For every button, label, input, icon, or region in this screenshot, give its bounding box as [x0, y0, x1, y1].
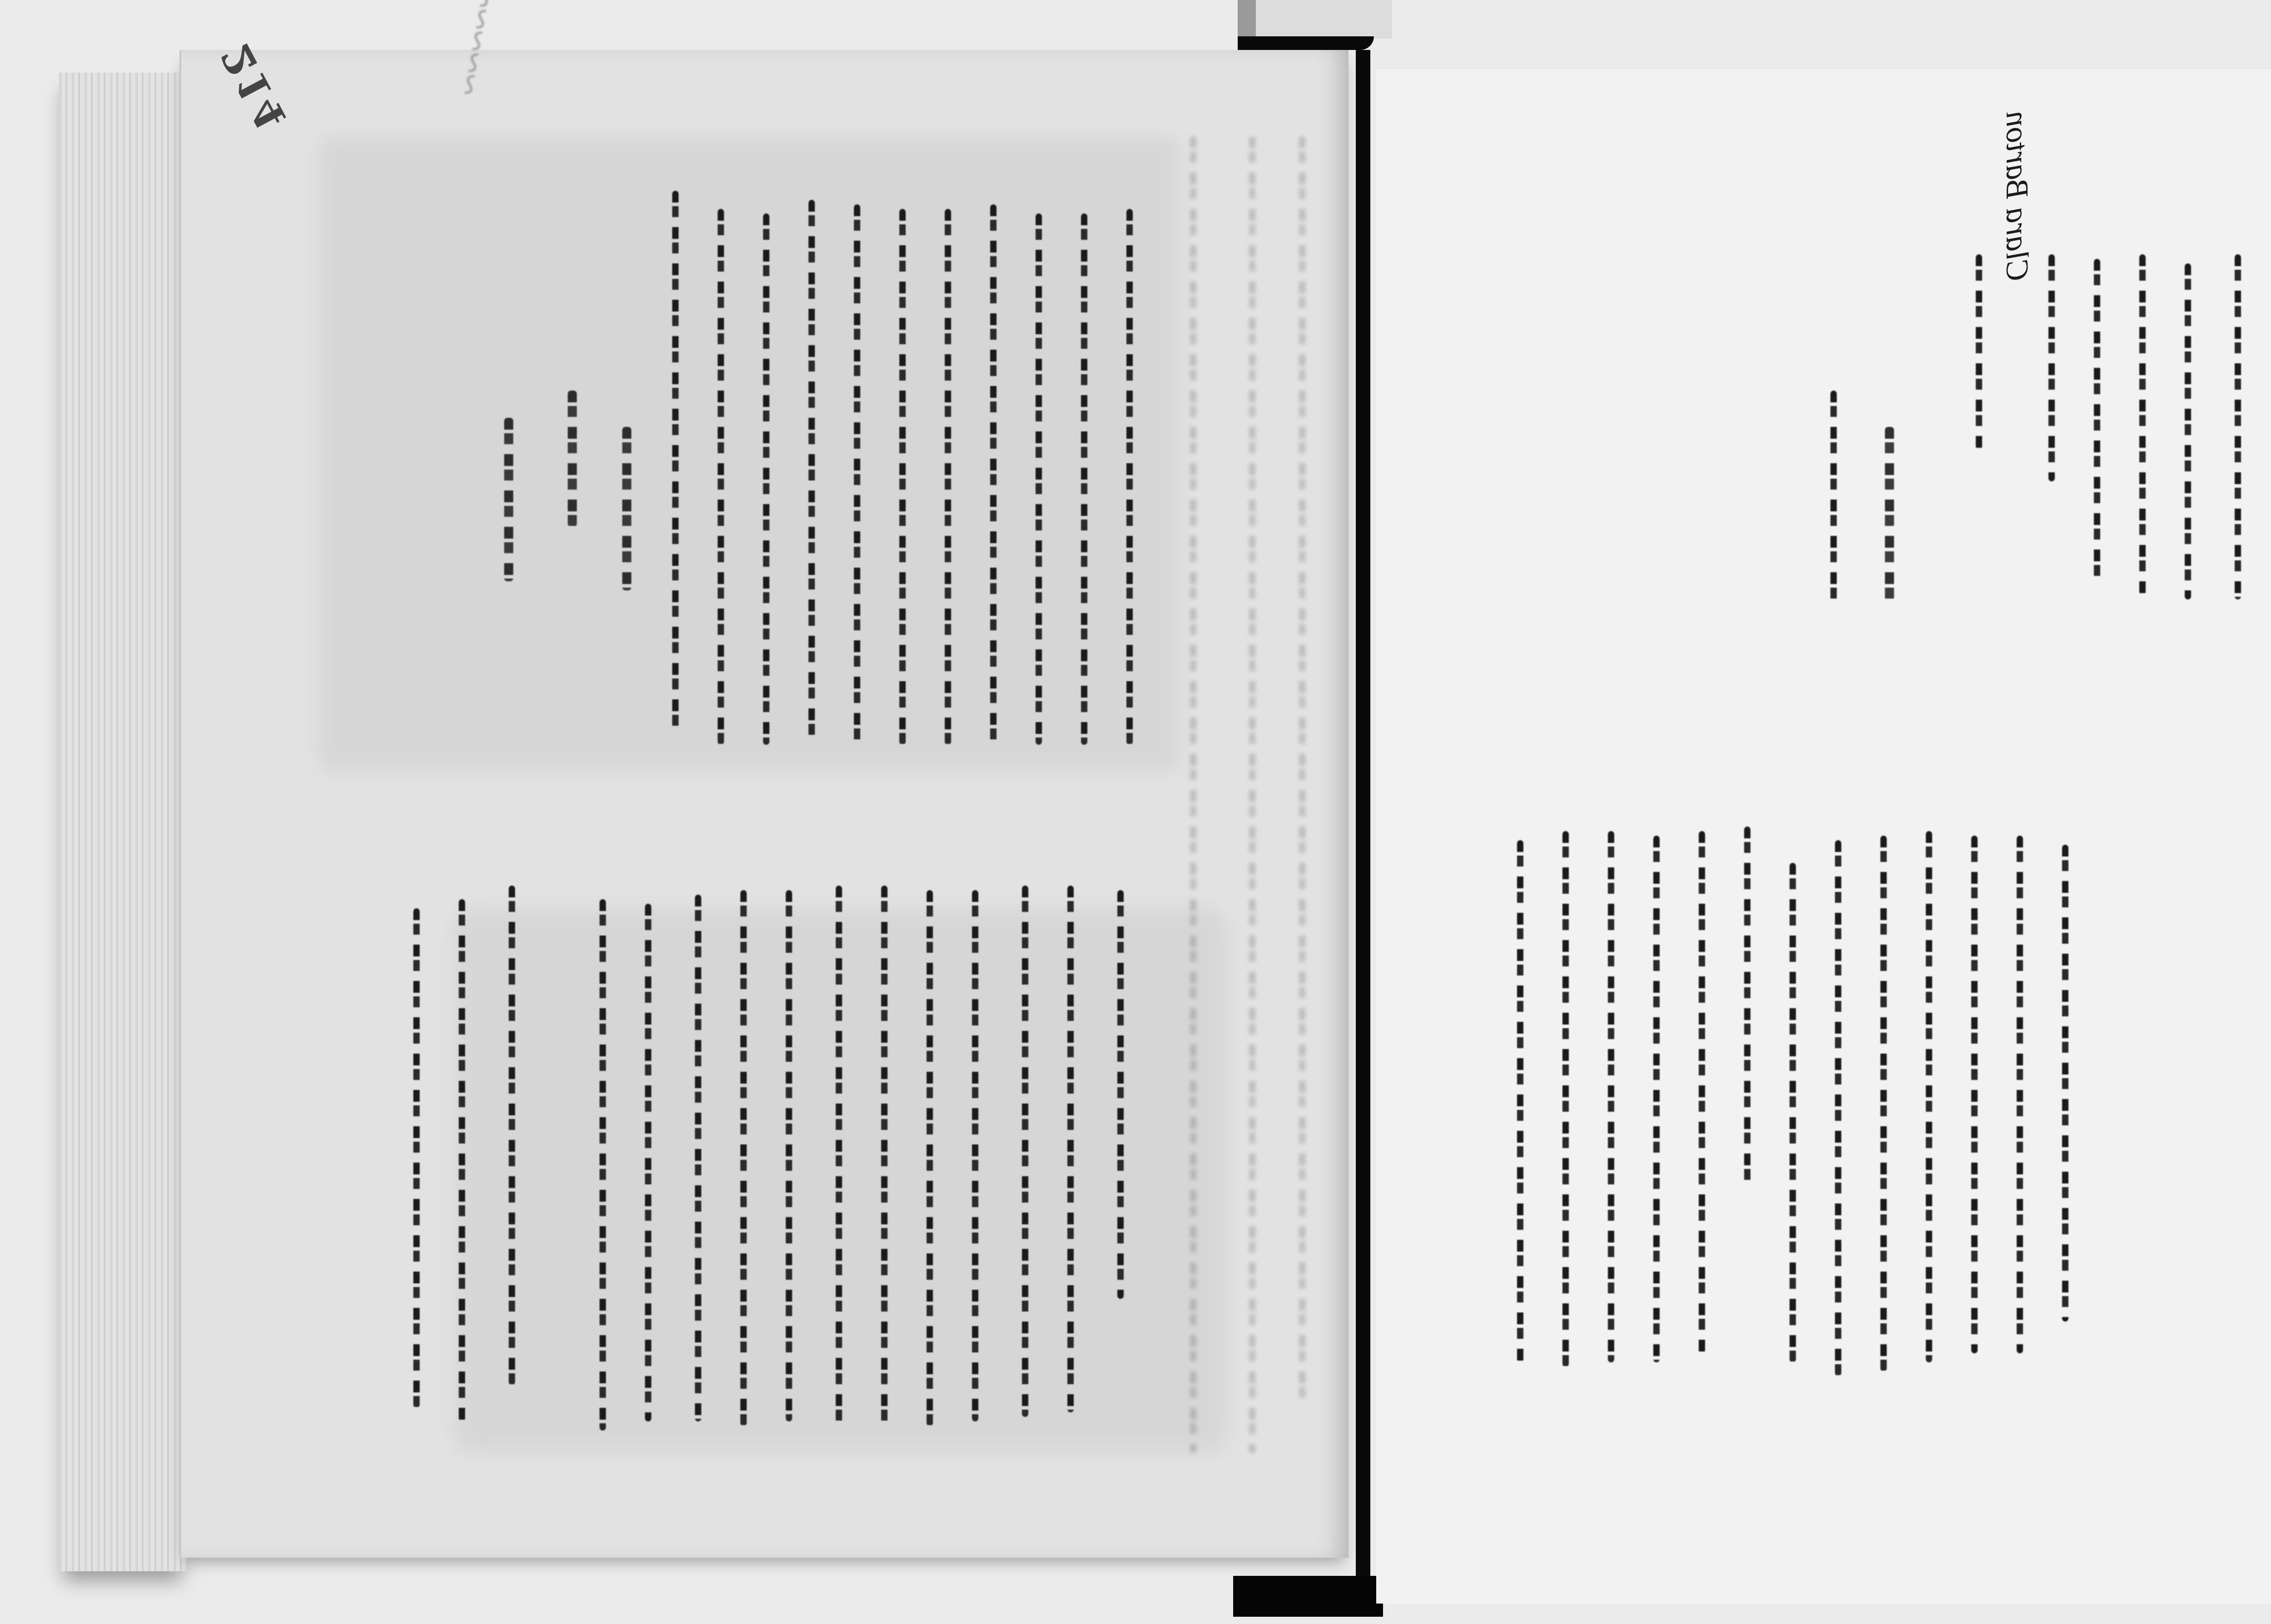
handwritten-line [881, 886, 888, 1431]
handwritten-line [672, 191, 679, 736]
handwritten-line [1790, 863, 1796, 1362]
handwritten-line [945, 209, 951, 745]
handwritten-line [2048, 254, 2055, 481]
handwritten-line [459, 899, 465, 1421]
binding-tab [1238, 0, 1392, 39]
handwritten-line [2094, 259, 2100, 586]
handwritten-line [1117, 890, 1124, 1299]
handwritten-line [1835, 840, 1841, 1376]
handwritten-line [808, 200, 815, 745]
handwritten-line [504, 418, 513, 581]
handwritten-line [2185, 263, 2191, 599]
date-line [1830, 391, 1837, 609]
handwritten-line [645, 904, 651, 1421]
handwritten-line [1653, 836, 1660, 1362]
binding-bottom [1233, 1576, 1383, 1617]
bleed-through-shadow [318, 136, 1181, 772]
handwritten-line [695, 895, 701, 1421]
handwritten-line [718, 209, 724, 745]
handwritten-line [1022, 886, 1028, 1417]
handwritten-line [1081, 213, 1087, 745]
bleed-through-line [1190, 136, 1196, 1453]
handwritten-line [763, 213, 769, 745]
handwritten-line [1699, 831, 1705, 1353]
handwritten-line [1885, 427, 1894, 609]
handwritten-line [1517, 840, 1523, 1362]
binding-top [1238, 36, 1374, 50]
handwritten-line [1744, 827, 1750, 1190]
handwritten-line [972, 890, 978, 1421]
handwritten-line [600, 899, 606, 1431]
handwritten-line [413, 908, 420, 1408]
handwritten-line [1880, 836, 1887, 1371]
handwritten-line [786, 890, 792, 1421]
handwritten-line [854, 204, 860, 745]
handwritten-line [1067, 886, 1074, 1412]
handwritten-line [1976, 254, 1982, 450]
handwritten-line [1926, 831, 1932, 1362]
page-edge-stack [59, 73, 186, 1571]
book-spine [1356, 50, 1370, 1585]
handwritten-line [2017, 836, 2023, 1353]
handwritten-line [2235, 254, 2241, 599]
handwritten-line [509, 886, 515, 1385]
bleed-through-line [1249, 136, 1255, 1453]
handwritten-line [990, 204, 997, 745]
signature: Clara Barton [1998, 111, 2035, 282]
handwritten-line [899, 209, 906, 745]
handwritten-line [836, 886, 842, 1431]
handwritten-line [1126, 209, 1133, 745]
handwritten-line [1608, 831, 1614, 1362]
handwritten-line [1971, 836, 1978, 1353]
right-page [1376, 68, 2271, 1604]
handwritten-line [568, 391, 577, 527]
handwritten-line [740, 890, 747, 1426]
handwritten-line [622, 427, 631, 590]
handwritten-line [1562, 831, 1569, 1367]
handwritten-line [2062, 845, 2068, 1322]
bleed-through-line [1299, 136, 1305, 1408]
handwritten-line [2139, 254, 2146, 595]
handwritten-line [927, 890, 933, 1426]
handwritten-line [1036, 213, 1042, 745]
